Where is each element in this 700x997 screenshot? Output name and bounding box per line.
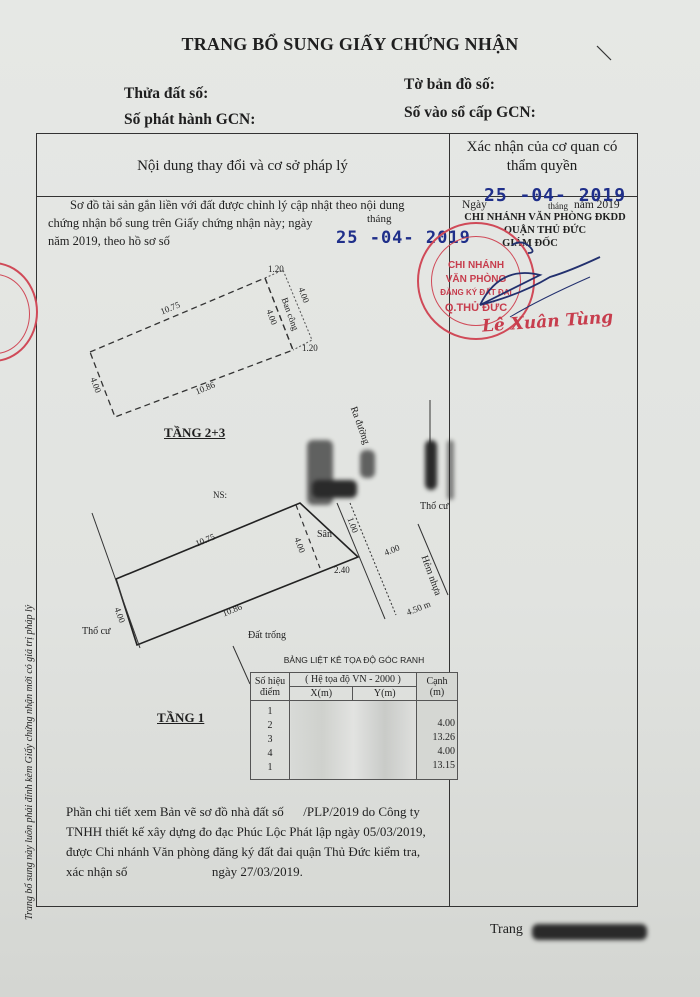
yard-label: Sân xyxy=(317,529,332,540)
dim-yard-side: 2.40 xyxy=(334,565,350,575)
floor-label-upper: TẦNG 2+3 xyxy=(164,425,225,441)
coord-header-point: Số hiệu điểm xyxy=(251,673,290,701)
coord-header-x: X(m) xyxy=(290,687,353,701)
coord-edges: 4.00 13.26 4.00 13.15 xyxy=(417,701,458,780)
detail-line2: TNHH thiết kế xây dựng đo đạc Phúc Lộc P… xyxy=(66,822,426,842)
neighbor-north-label: Thổ cư xyxy=(420,501,448,512)
coord-values-redacted xyxy=(290,701,417,780)
coord-header-y: Y(m) xyxy=(353,687,417,701)
page-footer-label: Trang xyxy=(490,922,523,937)
side-note: Trang bổ sung này luôn phải đính kèm Giấ… xyxy=(24,605,35,920)
coord-table: Số hiệu điểm ( Hệ tọa độ VN - 2000 ) Cạn… xyxy=(250,672,458,780)
coord-table-title: BẢNG LIỆT KÊ TỌA ĐỘ GÓC RANH xyxy=(250,655,458,665)
detail-line4: xác nhận số ngày 27/03/2019. xyxy=(66,862,303,882)
coord-header-system: ( Hệ tọa độ VN - 2000 ) xyxy=(290,673,417,687)
dim-balcony-top: 1.20 xyxy=(268,264,284,274)
coord-header-edge: Cạnh (m) xyxy=(417,673,458,701)
redaction-mark xyxy=(447,440,454,500)
redaction-mark xyxy=(312,480,357,498)
neighbor-south-label: Đất trống xyxy=(248,630,286,641)
pen-mark-icon xyxy=(595,44,615,64)
page-footer: Trang xyxy=(490,922,523,938)
neighbor-west-label: Thổ cư xyxy=(82,626,110,637)
detail-line1: Phần chi tiết xem Bản vẽ sơ đồ nhà đất s… xyxy=(66,802,420,822)
coord-points: 1 2 3 4 1 xyxy=(251,701,290,780)
detail-line3: được Chi nhánh Văn phòng đăng ký đất đai… xyxy=(66,842,420,862)
document-page: TRANG BỔ SUNG GIẤY CHỨNG NHẬN Thửa đất s… xyxy=(0,0,700,997)
redaction-mark xyxy=(360,450,375,478)
dim-balcony-bottom: 1.20 xyxy=(302,343,318,353)
ns-label: NS: xyxy=(213,490,227,500)
redaction-mark xyxy=(532,924,647,940)
redaction-mark xyxy=(425,440,437,490)
floor-label-ground: TẦNG 1 xyxy=(157,710,204,726)
